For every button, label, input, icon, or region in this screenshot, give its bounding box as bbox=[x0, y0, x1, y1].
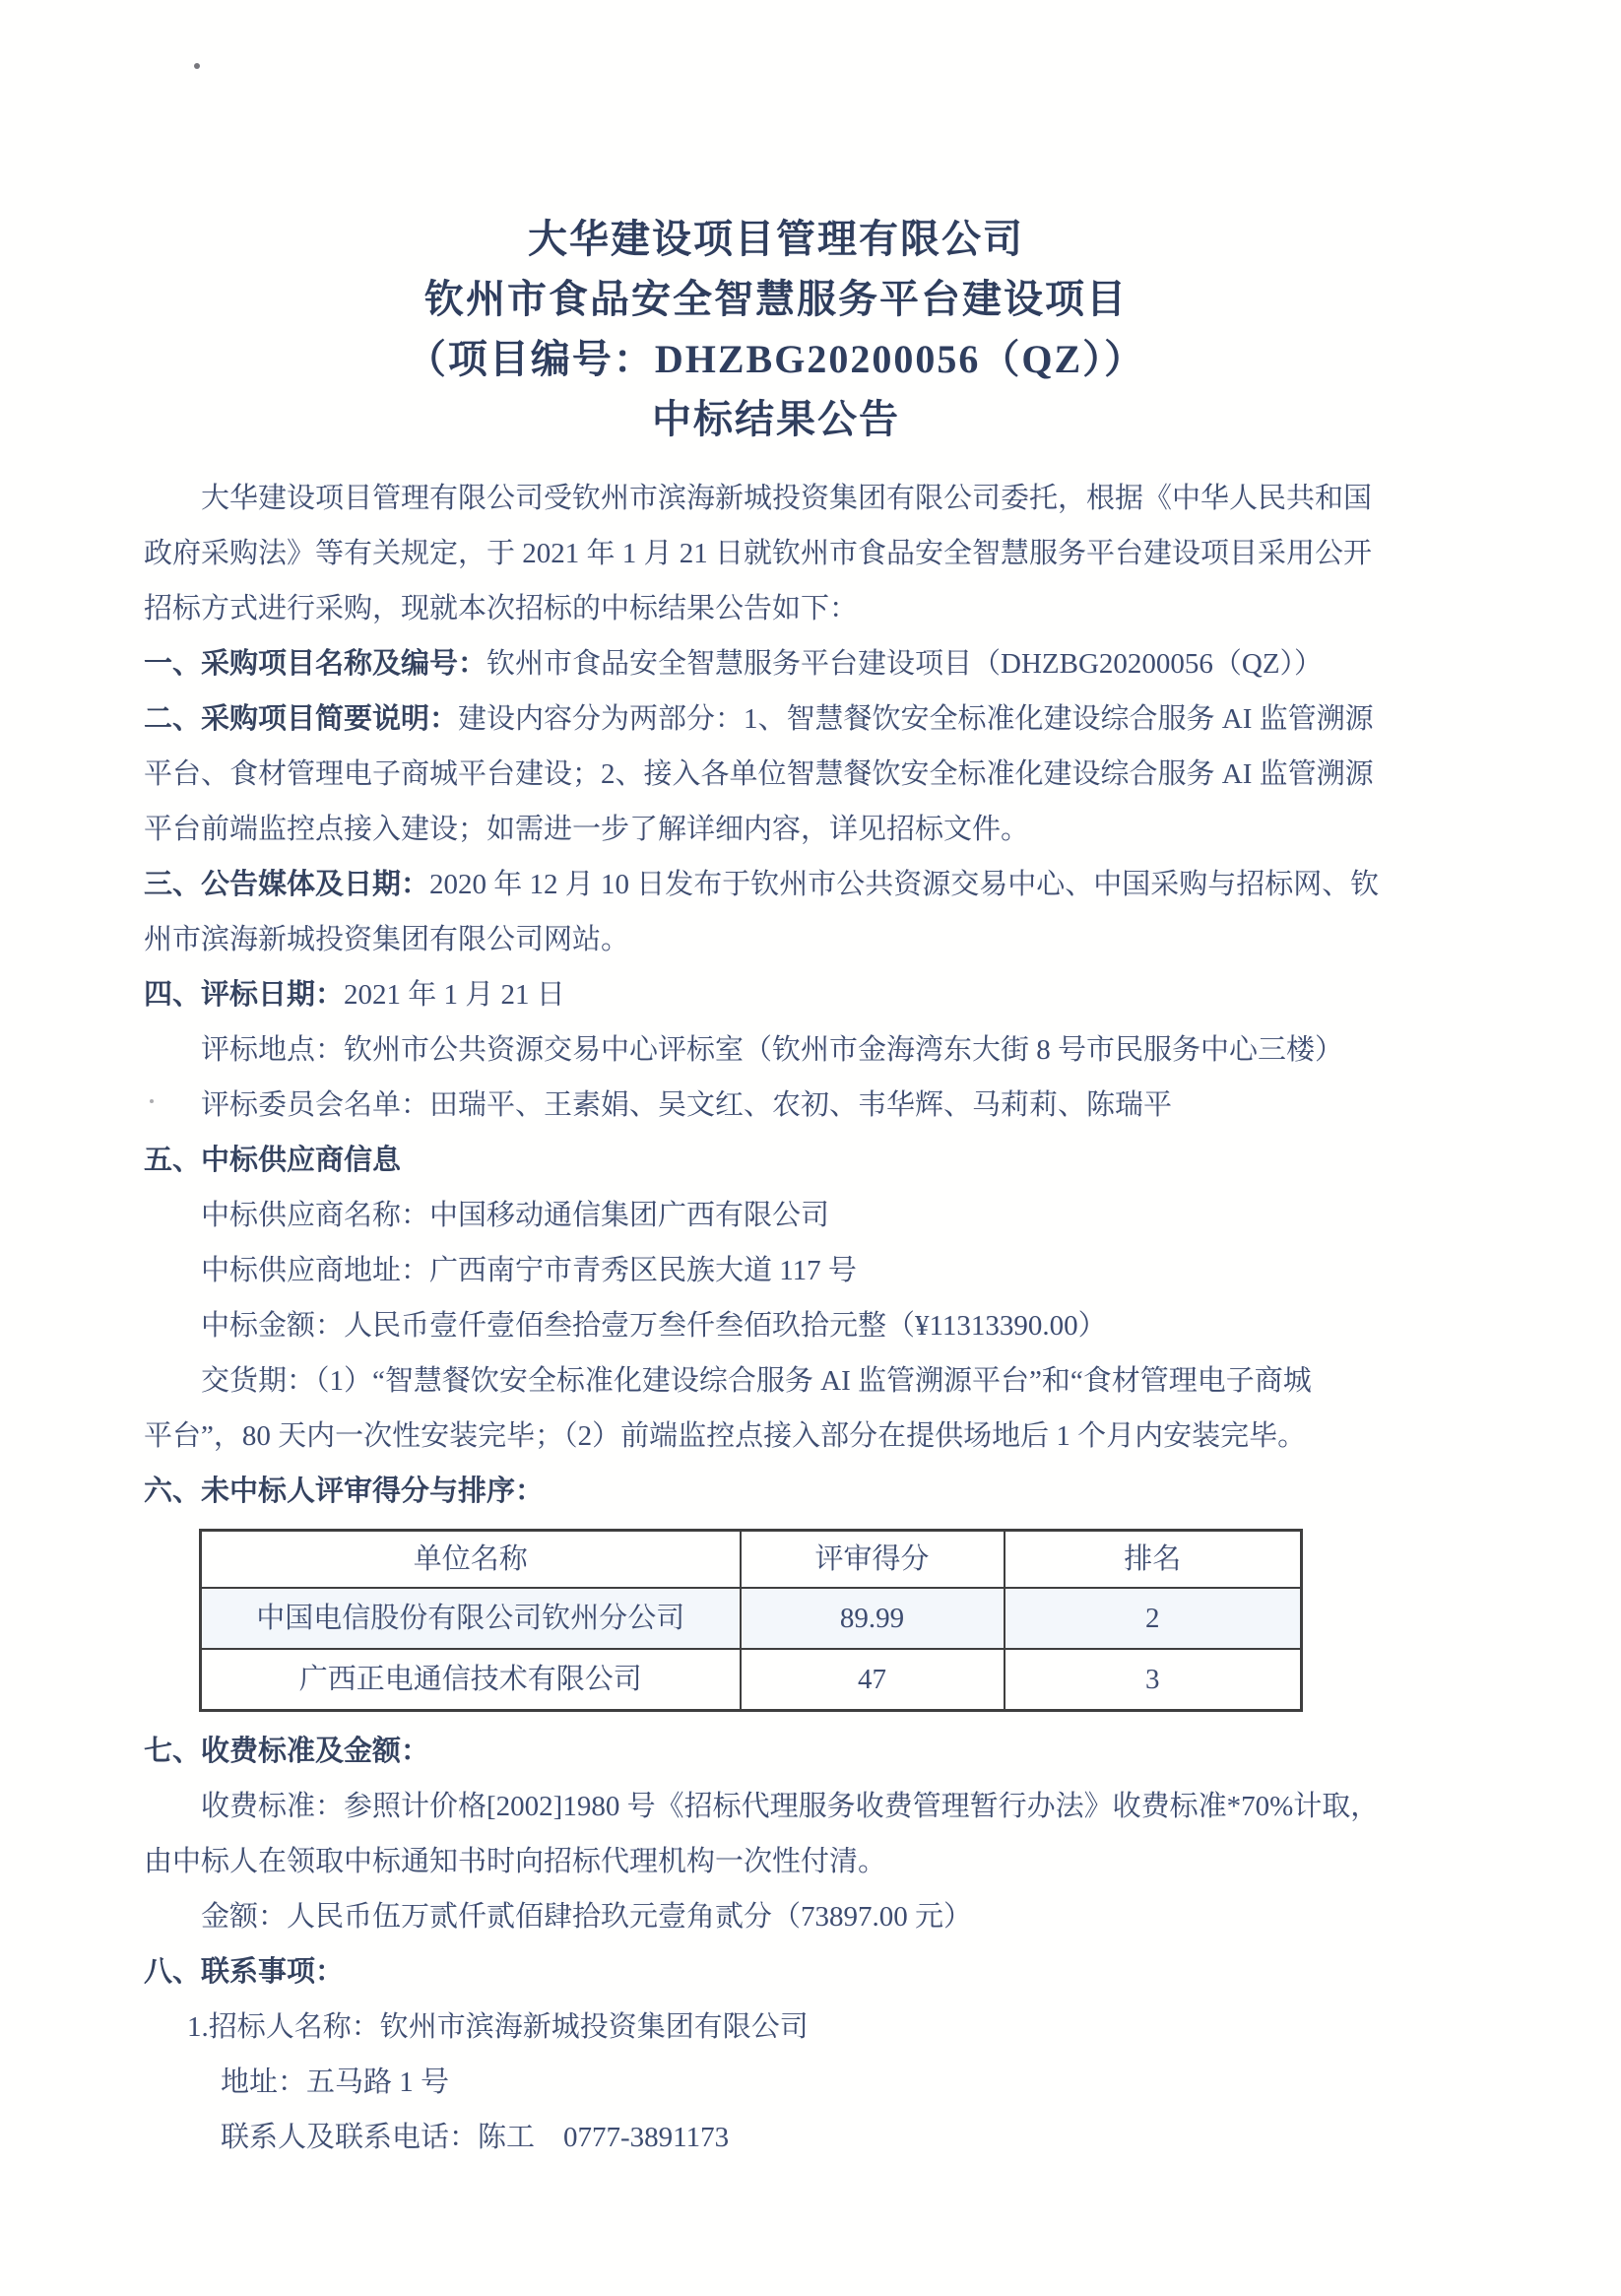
section-3-line: 州市滨海新城投资集团有限公司网站。 bbox=[144, 912, 1515, 967]
section-8-contact: 八、联系事项： bbox=[144, 1944, 1515, 2000]
eval-location-line: 评标地点：钦州市公共资源交易中心评标室（钦州市金海湾东大街 8 号市民服务中心三… bbox=[144, 1022, 1515, 1078]
table-row: 中国电信股份有限公司钦州分公司 89.99 2 bbox=[201, 1588, 1302, 1649]
section-3-media-date: 三、公告媒体及日期：2020 年 12 月 10 日发布于钦州市公共资源交易中心… bbox=[144, 857, 1515, 912]
fee-amount-line: 金额：人民币伍万贰仟贰佰肆拾玖元壹角贰分（73897.00 元） bbox=[144, 1889, 1515, 1944]
table-header-row: 单位名称 评审得分 排名 bbox=[201, 1531, 1302, 1589]
winner-address-line: 中标供应商地址：广西南宁市青秀区民族大道 117 号 bbox=[144, 1243, 1515, 1298]
section-2-line: 平台、食材管理电子商城平台建设；2、接入各单位智慧餐饮安全标准化建设综合服务 A… bbox=[144, 747, 1515, 802]
section-1-project-name: 一、采购项目名称及编号：钦州市食品安全智慧服务平台建设项目（DHZBG20200… bbox=[144, 636, 1515, 691]
cell-score: 47 bbox=[741, 1649, 1005, 1711]
delivery-line: 平台”，80 天内一次性安装完毕；（2）前端监控点接入部分在提供场地后 1 个月… bbox=[144, 1409, 1515, 1464]
document-content: 大华建设项目管理有限公司 钦州市食品安全智慧服务平台建设项目 （项目编号：DHZ… bbox=[144, 209, 1515, 2165]
section-2-text: 建设内容分为两部分：1、智慧餐饮安全标准化建设综合服务 AI 监管溯源 bbox=[458, 703, 1374, 735]
scan-speck bbox=[194, 63, 200, 69]
fee-line: 收费标准：参照计价格[2002]1980 号《招标代理服务收费管理暂行办法》收费… bbox=[144, 1779, 1515, 1834]
fee-line: 由中标人在领取中标通知书时向招标代理机构一次性付清。 bbox=[144, 1834, 1515, 1889]
title-line-project: 钦州市食品安全智慧服务平台建设项目 bbox=[144, 269, 1408, 329]
col-header-rank: 排名 bbox=[1005, 1531, 1302, 1589]
cell-score: 89.99 bbox=[741, 1588, 1005, 1649]
cell-company-name: 中国电信股份有限公司钦州分公司 bbox=[201, 1588, 741, 1649]
section-6-losing-bidders: 六、未中标人评审得分与排序： bbox=[144, 1464, 1515, 1519]
section-2-label: 二、采购项目简要说明： bbox=[144, 703, 458, 735]
delivery-line: 交货期：（1）“智慧餐饮安全标准化建设综合服务 AI 监管溯源平台”和“食材管理… bbox=[144, 1353, 1515, 1409]
title-line-announcement: 中标结果公告 bbox=[144, 389, 1408, 449]
section-4-eval-date: 四、评标日期：2021 年 1 月 21 日 bbox=[144, 967, 1515, 1022]
contact-person-line: 联系人及联系电话：陈工 0777-3891173 bbox=[144, 2110, 1515, 2165]
section-2-summary: 二、采购项目简要说明：建设内容分为两部分：1、智慧餐饮安全标准化建设综合服务 A… bbox=[144, 691, 1515, 747]
document-page: 大华建设项目管理有限公司 钦州市食品安全智慧服务平台建设项目 （项目编号：DHZ… bbox=[0, 0, 1621, 2296]
section-7-fee-standard: 七、收费标准及金额： bbox=[144, 1724, 1515, 1779]
eval-committee-line: 评标委员会名单：田瑞平、王素娟、吴文红、农初、韦华辉、马莉莉、陈瑞平 bbox=[144, 1078, 1515, 1133]
contact-address-line: 地址：五马路 1 号 bbox=[144, 2055, 1515, 2110]
col-header-unit-name: 单位名称 bbox=[201, 1531, 741, 1589]
cell-rank: 2 bbox=[1005, 1588, 1302, 1649]
intro-line: 政府采购法》等有关规定，于 2021 年 1 月 21 日就钦州市食品安全智慧服… bbox=[144, 526, 1515, 581]
section-3-text: 2020 年 12 月 10 日发布于钦州市公共资源交易中心、中国采购与招标网、… bbox=[429, 869, 1379, 900]
section-5-winner-info: 五、中标供应商信息 bbox=[144, 1133, 1515, 1188]
contact-name-line: 1.招标人名称：钦州市滨海新城投资集团有限公司 bbox=[144, 2000, 1515, 2055]
winner-amount-line: 中标金额：人民币壹仟壹佰叁拾壹万叁仟叁佰玖拾元整（¥11313390.00） bbox=[144, 1298, 1515, 1353]
table-row: 广西正电通信技术有限公司 47 3 bbox=[201, 1649, 1302, 1711]
intro-line: 招标方式进行采购，现就本次招标的中标结果公告如下： bbox=[144, 581, 1515, 636]
cell-rank: 3 bbox=[1005, 1649, 1302, 1711]
col-header-score: 评审得分 bbox=[741, 1531, 1005, 1589]
section-1-text: 钦州市食品安全智慧服务平台建设项目（DHZBG20200056（QZ）） bbox=[486, 648, 1323, 680]
section-4-label: 四、评标日期： bbox=[144, 979, 344, 1011]
winner-name-line: 中标供应商名称：中国移动通信集团广西有限公司 bbox=[144, 1188, 1515, 1243]
section-2-line: 平台前端监控点接入建设；如需进一步了解详细内容，详见招标文件。 bbox=[144, 802, 1515, 857]
title-line-project-number: （项目编号：DHZBG20200056（QZ）） bbox=[144, 329, 1408, 389]
cell-company-name: 广西正电通信技术有限公司 bbox=[201, 1649, 741, 1711]
intro-line: 大华建设项目管理有限公司受钦州市滨海新城投资集团有限公司委托，根据《中华人民共和… bbox=[144, 471, 1515, 526]
document-title: 大华建设项目管理有限公司 钦州市食品安全智慧服务平台建设项目 （项目编号：DHZ… bbox=[144, 209, 1408, 449]
section-4-text: 2021 年 1 月 21 日 bbox=[344, 979, 565, 1011]
score-table: 单位名称 评审得分 排名 中国电信股份有限公司钦州分公司 89.99 2 广西正… bbox=[199, 1529, 1303, 1712]
title-line-company: 大华建设项目管理有限公司 bbox=[144, 209, 1408, 269]
section-1-label: 一、采购项目名称及编号： bbox=[144, 648, 486, 680]
section-3-label: 三、公告媒体及日期： bbox=[144, 869, 429, 900]
